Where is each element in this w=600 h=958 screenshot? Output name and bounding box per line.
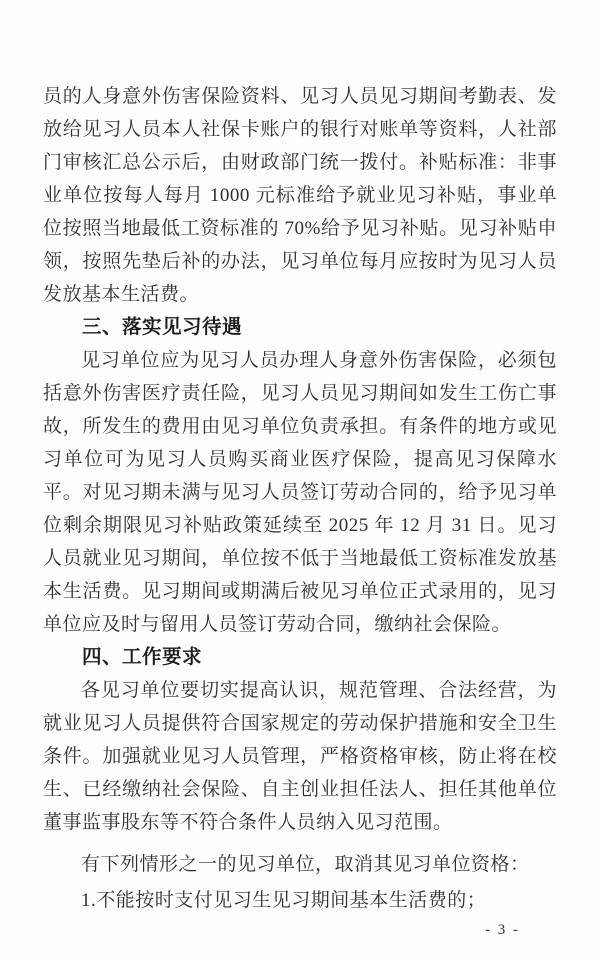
paragraph-disqualification-item-1: 1.不能按时支付见习生见习期间基本生活费的； [43,884,557,917]
paragraph-work-requirements: 各见习单位要切实提高认识，规范管理、合法经营，为就业见习人员提供符合国家规定的劳… [43,674,557,839]
paragraph-continuation: 员的人身意外伤害保险资料、见习人员见习期间考勤表、发放给见习人员本人社保卡账户的… [43,80,557,311]
paragraph-disqualification-intro: 有下列情形之一的见习单位，取消其见习单位资格： [43,848,557,881]
section-heading-three: 三、落实见习待遇 [43,311,557,344]
section-heading-four: 四、工作要求 [43,641,557,674]
paragraph-benefits: 见习单位应为见习人员办理人身意外伤害保险，必须包括意外伤害医疗责任险，见习人员见… [43,344,557,641]
document-page: 员的人身意外伤害保险资料、见习人员见习期间考勤表、发放给见习人员本人社保卡账户的… [0,0,600,958]
page-number: - 3 - [43,920,557,940]
